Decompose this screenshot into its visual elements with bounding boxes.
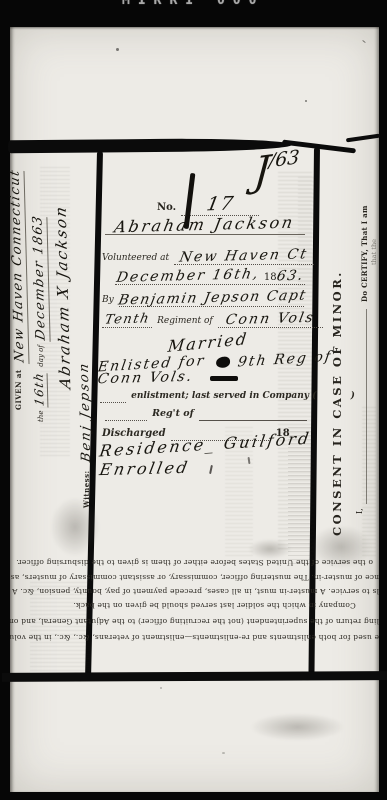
form-date-line: December 16th, 1863. (115, 265, 305, 285)
leader (100, 383, 126, 403)
stain (250, 713, 345, 741)
form-name-line: Abraham Jackson (105, 215, 305, 235)
form-enlistment-line: enlistment; last served in Company ( ) (100, 383, 355, 403)
regiment-state: Conn Vols (224, 310, 316, 328)
no-label: No. (157, 202, 176, 213)
instructions-line: ls to service. A muster-in must, in all … (10, 587, 379, 596)
regiment-state-fill: Conn Vols (218, 308, 323, 328)
name-fill: Abraham Jackson (105, 215, 305, 235)
form-by-line: By Benjamin Jepson Capt (102, 287, 304, 307)
instructions-line: e used for both enlistments and re-enlis… (10, 633, 379, 642)
regt-of-label: Reg't of (152, 408, 194, 419)
date-century-printed: 18 (264, 272, 277, 283)
bottom-fold-line (2, 671, 387, 682)
enrolled-value: Enrolled (98, 458, 191, 479)
volunteered-place: New Haven Ct (179, 246, 310, 265)
pen-tick (209, 465, 213, 474)
leader (199, 401, 307, 421)
recruiter-name: Benjamin Jepson Capt (117, 288, 308, 309)
witness-line: Witness: Benj Jepson (78, 160, 96, 560)
ink-bar (210, 376, 238, 381)
corner-mark-number: /63 (268, 146, 300, 172)
given-at-label: GIVEN at (14, 369, 23, 410)
certify-label: Do CERTIFY, That I am (360, 205, 369, 302)
speck (116, 48, 119, 51)
corner-file-mark: J/63 (252, 145, 303, 196)
given-at-line: GIVEN at New Haven Connecticut (10, 160, 32, 560)
by-label: By (102, 295, 114, 305)
left-column: GIVEN at New Haven Connecticut the 16th … (10, 160, 96, 560)
no-fill: 17 (181, 193, 259, 216)
recruit-signature: Abraham X Jackson (52, 203, 75, 390)
consent-i-line: I, (347, 150, 360, 560)
consent-title: CONSENT IN CASE OF MINOR. (330, 270, 344, 536)
given-place-value: New Haven Connecticut (7, 168, 29, 364)
microfilm-frame-counter: MIKRI 000 (122, 0, 264, 8)
enrolled-note: Enrolled (100, 459, 189, 478)
date-year-value: 63. (275, 268, 305, 285)
instructions-line: o the service of the United States befor… (10, 558, 379, 567)
given-date-line: the 16th day of December 1863 (32, 160, 54, 560)
enlistment-label: enlistment; last served in Company ( (131, 391, 316, 401)
speck (362, 40, 366, 43)
instructions-line: Company in which the soldier last served… (10, 601, 379, 610)
microfilm-frame: { "colors":{"film_background":"#060606",… (0, 0, 387, 800)
speck (305, 100, 307, 102)
i-label: I, (355, 508, 364, 514)
form-regiment-line: Tenth Regiment of Conn Vols (102, 308, 323, 328)
instructions-line: nce of muster-in. The mustering officer,… (10, 573, 379, 582)
consent-blank (347, 309, 367, 504)
volunteered-label: Volunteered at (102, 253, 169, 263)
signature-line: Abraham X Jackson (54, 160, 78, 560)
scanned-enlistment-card: GIVEN at New Haven Connecticut the 16th … (10, 27, 379, 792)
stain (248, 539, 292, 559)
consent-title-line: CONSENT IN CASE OF MINOR. (330, 150, 347, 560)
consent-fragment: that the (370, 239, 378, 265)
witness-signature: Benj Jepson (77, 361, 95, 464)
month-year-value: December 1863 (30, 214, 50, 342)
form-no-line: No. 17 (157, 193, 259, 216)
date-fill: December 16th, 1863. (115, 265, 305, 285)
regiment-number: Tenth (103, 311, 151, 327)
recruit-name: Abraham Jackson (113, 213, 297, 237)
no-value: 17 (205, 193, 236, 216)
consent-spacer (322, 150, 330, 560)
speck (222, 752, 225, 754)
form-volunteered-line: Volunteered at New Haven Ct (102, 245, 314, 265)
speck (160, 687, 162, 689)
day-value: 16th (32, 370, 49, 407)
regiment-number-fill: Tenth (102, 308, 152, 328)
leader (105, 401, 147, 421)
top-fold-right-notch (346, 134, 380, 143)
enlisted-note-2: 9th Reg of (237, 349, 334, 371)
the-label: the (37, 411, 45, 422)
consent-column: CONSENT IN CASE OF MINOR. I, Do CERTIFY,… (322, 150, 378, 560)
day-of-label: day of (37, 345, 45, 367)
instructions-line: ling return of the superintendent (not t… (10, 617, 379, 626)
date-day-value: December 16th, (115, 266, 261, 286)
witness-label: Witness: (82, 470, 91, 508)
top-fold-line (8, 138, 292, 153)
form-regt-of-line: Reg't of (105, 401, 307, 421)
volunteered-fill: New Haven Ct (174, 245, 314, 265)
regiment-label: Regiment of (157, 316, 213, 326)
by-fill: Benjamin Jepson Capt (119, 287, 304, 307)
consent-fragment-line: that the (370, 150, 378, 560)
